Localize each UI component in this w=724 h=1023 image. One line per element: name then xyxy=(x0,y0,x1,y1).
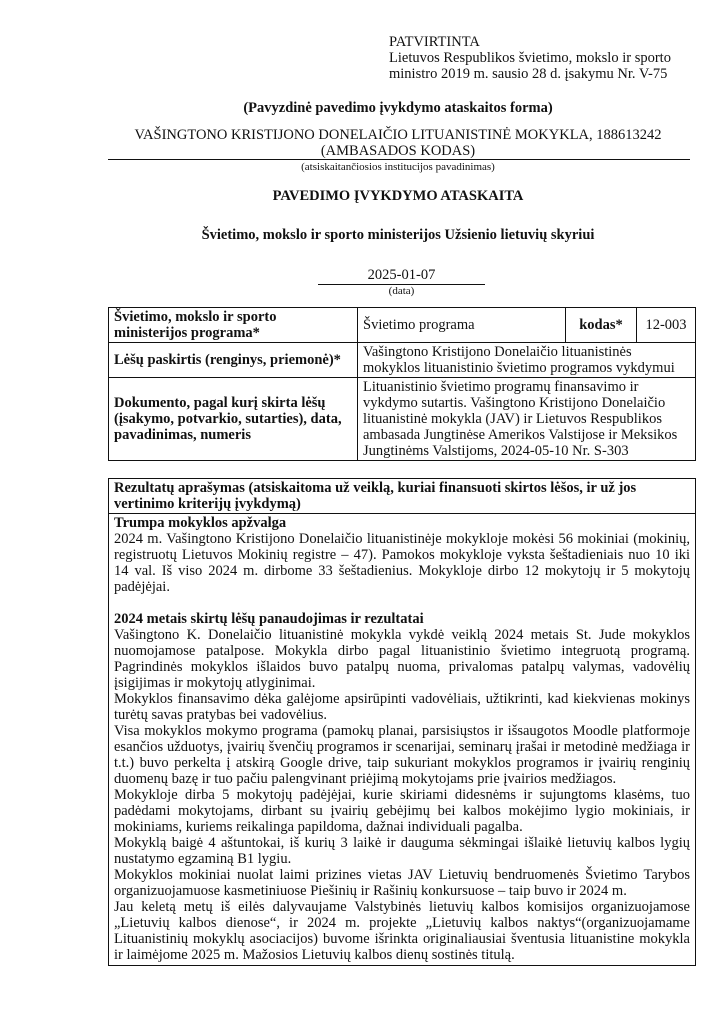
funds-paragraph: Visa mokyklos mokymo programa (pamokų pl… xyxy=(114,723,690,787)
table-row-program: Švietimo, mokslo ir sporto ministerijos … xyxy=(109,308,696,343)
program-label: Švietimo, mokslo ir sporto ministerijos … xyxy=(109,308,358,343)
table-row-purpose: Lėšų paskirtis (renginys, priemonė)* Vaš… xyxy=(109,343,696,378)
approval-line-1: PATVIRTINTA xyxy=(389,34,671,50)
results-body: Trumpa mokyklos apžvalga 2024 m. Vašingt… xyxy=(109,514,695,965)
institution-underline xyxy=(108,159,690,160)
form-title: (Pavyzdinė pavedimo įvykdymo ataskaitos … xyxy=(100,100,696,117)
code-label: kodas* xyxy=(566,308,637,343)
funds-paragraph: Mokykloje dirba 5 mokytojų padėjėjai, ku… xyxy=(114,787,690,835)
report-title: PAVEDIMO ĮVYKDYMO ATASKAITA xyxy=(100,188,696,205)
funds-paragraph: Mokyklą baigė 4 aštuntokai, iš kurių 3 l… xyxy=(114,835,690,867)
date-caption: (data) xyxy=(318,285,485,297)
info-table: Švietimo, mokslo ir sporto ministerijos … xyxy=(108,307,696,461)
funds-paragraph: Mokyklos mokiniai nuolat laimi prizines … xyxy=(114,867,690,899)
purpose-value: Vašingtono Kristijono Donelaičio lituani… xyxy=(358,343,696,378)
approval-stamp: PATVIRTINTA Lietuvos Respublikos švietim… xyxy=(389,34,671,82)
approval-line-2: Lietuvos Respublikos švietimo, mokslo ir… xyxy=(389,50,671,66)
funds-paragraph: Vašingtono K. Donelaičio lituanistinė mo… xyxy=(114,627,690,691)
section-overview-text: 2024 m. Vašingtono Kristijono Donelaičio… xyxy=(114,531,690,595)
funds-paragraph: Mokyklos finansavimo dėka galėjome apsir… xyxy=(114,691,690,723)
document-value: Lituanistinio švietimo programų finansav… xyxy=(358,378,696,461)
funds-paragraph: Jau keletą metų iš eilės dalyvaujame Val… xyxy=(114,899,690,963)
approval-line-3: ministro 2019 m. sausio 28 d. įsakymu Nr… xyxy=(389,66,671,82)
table-row-document: Dokumento, pagal kurį skirta lėšų (įsaky… xyxy=(109,378,696,461)
results-header: Rezultatų aprašymas (atsiskaitoma už vei… xyxy=(109,479,695,514)
document-label: Dokumento, pagal kurį skirta lėšų (įsaky… xyxy=(109,378,358,461)
results-box: Rezultatų aprašymas (atsiskaitoma už vei… xyxy=(108,478,696,966)
section-overview-title: Trumpa mokyklos apžvalga xyxy=(114,515,690,531)
institution-name-line-1: VAŠINGTONO KRISTIJONO DONELAIČIO LITUANI… xyxy=(100,127,696,143)
purpose-label: Lėšų paskirtis (renginys, priemonė)* xyxy=(109,343,358,378)
spacer xyxy=(114,595,690,611)
institution-caption: (atsiskaitančiosios institucijos pavadin… xyxy=(100,161,696,173)
report-date: 2025-01-07 xyxy=(318,267,485,284)
institution-name-line-2: (AMBASADOS KODAS) xyxy=(100,143,696,159)
code-value: 12-003 xyxy=(637,308,696,343)
section-funds-title: 2024 metais skirtų lėšų panaudojimas ir … xyxy=(114,611,690,627)
institution-name: VAŠINGTONO KRISTIJONO DONELAIČIO LITUANI… xyxy=(100,127,696,159)
recipient: Švietimo, mokslo ir sporto ministerijos … xyxy=(100,227,696,244)
program-value: Švietimo programa xyxy=(358,308,566,343)
